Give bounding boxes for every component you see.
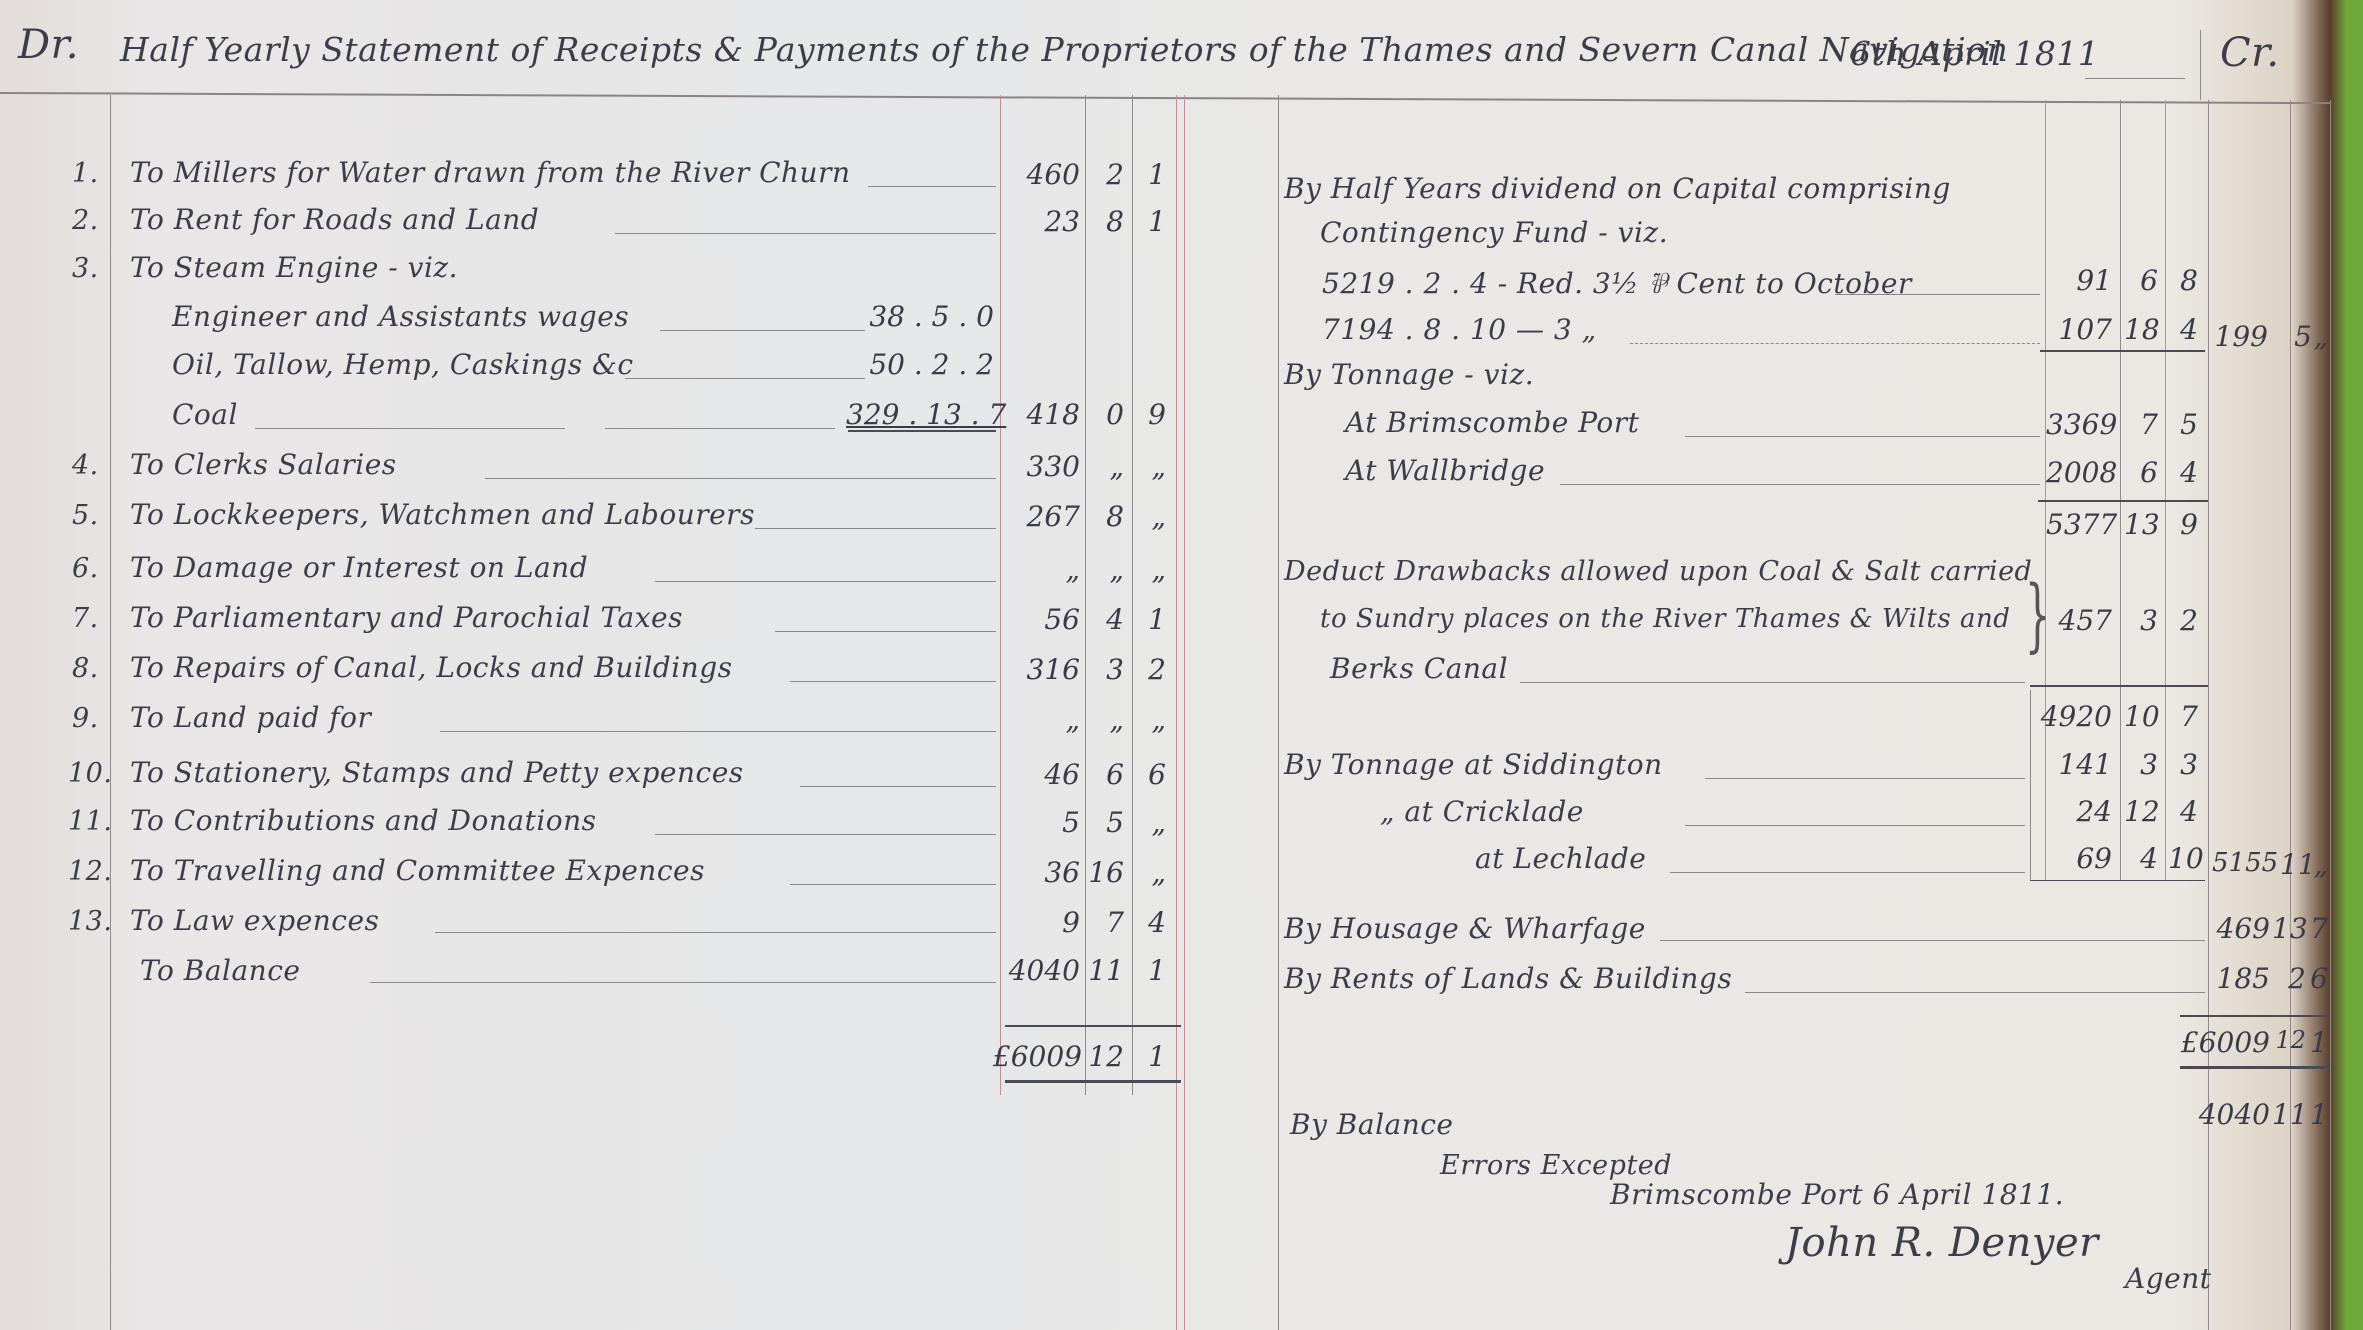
inner-pence-rule <box>2165 100 2166 880</box>
item-number: 9. <box>72 703 99 734</box>
amount-pounds: 91 <box>2050 264 2112 297</box>
amount-shillings: 3 <box>2124 748 2158 781</box>
amount-pounds: 267 <box>1008 500 1080 533</box>
leader-line <box>485 478 996 479</box>
dividend-line: 5219 . 2 . 4 - Red. 3½ ⅌ Cent to October <box>1322 264 1912 302</box>
net-tonnage-pounds: 4920 <box>2030 700 2112 733</box>
page-divider-2 <box>1184 95 1185 1330</box>
amount-shillings: 2 <box>1088 158 1124 191</box>
amount-shillings: 4 <box>2124 842 2158 875</box>
amount-shillings: 11 <box>1088 954 1124 987</box>
amount-pounds: 141 <box>2046 748 2112 781</box>
shillings-column-rule <box>1085 95 1086 1095</box>
amount-shillings: 8 <box>1088 205 1124 238</box>
amount-shillings: 5 <box>1088 806 1124 839</box>
item-number: 7. <box>72 603 99 634</box>
subitem-amount: 329 . 13 . 7 <box>846 398 994 431</box>
amount-pence: „ <box>1136 703 1166 736</box>
subtotal-rule <box>2040 350 2205 352</box>
amount-pounds: 2008 <box>2046 456 2112 489</box>
amount-pounds: 24 <box>2046 795 2112 828</box>
rents-label: By Rents of Lands & Buildings <box>1284 962 1732 995</box>
amount-pounds: 56 <box>1008 603 1080 636</box>
rents-shillings: 2 <box>2272 962 2306 995</box>
debit-item-label: To Clerks Salaries <box>130 448 397 481</box>
agent-signature: John R. Denyer <box>1785 1220 2099 1266</box>
number-column-rule <box>110 95 111 1330</box>
leader-line <box>435 932 996 933</box>
debit-item-label: To Lockkeepers, Watchmen and Labourers <box>130 498 755 531</box>
subtotal-rule <box>2030 685 2208 687</box>
header-rule <box>0 92 2330 104</box>
amount-pence: 1 <box>1136 205 1166 238</box>
item-number: 6. <box>72 553 99 584</box>
amount-pence: „ <box>1136 806 1166 839</box>
amount-shillings: 4 <box>1088 603 1124 636</box>
tonnage-total-pounds: 5155 <box>2212 848 2274 878</box>
amount-pounds: 5 <box>1008 806 1080 839</box>
tonnage-heading: By Tonnage - viz. <box>1284 358 1534 391</box>
total-rule-bottom <box>1005 1080 1181 1083</box>
leader-line <box>1560 484 2040 485</box>
credit-balance-label: By Balance <box>1290 1108 1454 1141</box>
total-rule-top <box>2180 1015 2330 1017</box>
amount-pence: 4 <box>2168 456 2198 489</box>
outer-pounds-rule <box>2208 100 2209 1330</box>
amount-pence: 1 <box>1136 954 1166 987</box>
amount-shillings: 8 <box>1088 500 1124 533</box>
amount-shillings: „ <box>1088 553 1124 586</box>
debit-item-label: To Stationery, Stamps and Petty expences <box>130 756 744 789</box>
tonnage-total-shillings: 11 <box>2280 848 2306 881</box>
dividend-subheading: Contingency Fund - viz. <box>1320 216 1668 249</box>
amount-pounds: 9 <box>1008 906 1080 939</box>
ledger-page: Dr. Half Yearly Statement of Receipts & … <box>0 0 2330 1330</box>
amount-shillings: 7 <box>1088 906 1124 939</box>
housage-pounds: 469 <box>2212 912 2270 945</box>
amount-shillings: 6 <box>2124 456 2158 489</box>
item-number: 12. <box>68 856 112 887</box>
tonnage-line: at Lechlade <box>1475 842 1646 875</box>
leader-line <box>1685 825 2025 826</box>
errors-excepted: Errors Excepted <box>1440 1150 1672 1181</box>
leader-line <box>1660 940 2205 941</box>
amount-pence: „ <box>1136 500 1166 533</box>
amount-shillings: 6 <box>1088 758 1124 791</box>
leader-line <box>1670 872 2025 873</box>
debit-mark: Dr. <box>18 22 79 68</box>
credit-mark: Cr. <box>2220 30 2280 76</box>
amount-shillings: „ <box>1088 703 1124 736</box>
cr-column-divider <box>2200 30 2201 100</box>
debit-balance-label: To Balance <box>140 954 300 987</box>
deduct-pence: 2 <box>2168 604 2198 637</box>
debit-item-label: To Parliamentary and Parochial Taxes <box>130 601 683 634</box>
leader-line <box>868 186 996 187</box>
leader-line <box>655 581 996 582</box>
amount-pounds: „ <box>1008 553 1080 586</box>
box-left-rule <box>2030 690 2031 880</box>
debit-item-label: To Travelling and Committee Expences <box>130 854 705 887</box>
tonnage-line: By Tonnage at Siddington <box>1284 748 1663 781</box>
leader-line <box>1685 436 2040 437</box>
item-number: 4. <box>72 450 99 481</box>
leader-line <box>605 428 835 429</box>
dividend-heading: By Half Years dividend on Capital compri… <box>1284 172 1951 205</box>
amount-pounds: 23 <box>1008 205 1080 238</box>
debit-item-label: To Damage or Interest on Land <box>130 551 588 584</box>
amount-pounds: 316 <box>1008 653 1080 686</box>
amount-shillings: 18 <box>2124 313 2158 346</box>
title-dash <box>2085 78 2185 79</box>
leader-line <box>625 378 865 379</box>
debit-subitem-label: Engineer and Assistants wages <box>172 300 629 333</box>
amount-pounds: 36 <box>1008 856 1080 889</box>
leader-line <box>1520 682 2025 683</box>
housage-pence: 7 <box>2310 912 2328 945</box>
amount-shillings: 12 <box>2124 795 2158 828</box>
subitem-amount: 38 . 5 . 0 <box>866 300 994 333</box>
amount-pounds: 107 <box>2050 313 2112 346</box>
amount-shillings: 3 <box>1088 653 1124 686</box>
dividend-total-pence: „ <box>2312 320 2328 353</box>
amount-pounds: 460 <box>1008 158 1080 191</box>
deduct-pounds: 457 <box>2046 604 2112 637</box>
agent-role: Agent <box>2125 1262 2212 1295</box>
item-number: 3. <box>72 253 99 284</box>
item-number: 2. <box>72 205 99 236</box>
statement-date: 6th April 1811 <box>1850 34 2099 73</box>
leader-line <box>1745 992 2205 993</box>
amount-pence: 9 <box>1136 398 1166 431</box>
dividend-total-shillings: 5 <box>2292 320 2312 353</box>
debit-item-label: To Rent for Roads and Land <box>130 203 539 236</box>
deduct-line: Berks Canal <box>1330 652 1508 685</box>
amount-pence: 4 <box>2168 795 2198 828</box>
amount-pence: 2 <box>1136 653 1166 686</box>
deduct-line: to Sundry places on the River Thames & W… <box>1320 604 2010 634</box>
dividend-line: 7194 . 8 . 10 — 3 „ <box>1322 313 1597 346</box>
leader-line <box>1835 294 2040 295</box>
debit-item-label: To Land paid for <box>130 701 371 734</box>
tonnage-subtotal-pence: 9 <box>2168 508 2198 541</box>
item-number: 10. <box>68 758 112 789</box>
subitem-amount: 50 . 2 . 2 <box>866 348 994 381</box>
leader-line <box>790 884 996 885</box>
amount-pounds: 4040 <box>1004 954 1080 987</box>
amount-pence: 4 <box>1136 906 1166 939</box>
housage-shillings: 13 <box>2272 912 2306 945</box>
amount-pounds: 3369 <box>2046 408 2112 441</box>
outer-pence-rule <box>2330 100 2331 1330</box>
amount-pence: „ <box>1136 856 1166 889</box>
deduct-shillings: 3 <box>2124 604 2158 637</box>
debit-item-label: To Repairs of Canal, Locks and Buildings <box>130 651 733 684</box>
pence-column-rule <box>1132 95 1133 1095</box>
debit-total-pence: 1 <box>1136 1040 1166 1073</box>
amount-pounds: 69 <box>2046 842 2112 875</box>
amount-pence: 4 <box>2168 313 2198 346</box>
box-bottom-rule <box>2030 880 2205 881</box>
subtotal-rule <box>848 430 996 432</box>
pounds-column-rule <box>1000 95 1001 1095</box>
amount-pence: „ <box>1136 553 1166 586</box>
rents-pounds: 185 <box>2212 962 2270 995</box>
credit-balance-shillings: 11 <box>2272 1098 2306 1131</box>
tonnage-total-pence: „ <box>2310 848 2328 881</box>
amount-pence: 1 <box>1136 603 1166 636</box>
amount-pence: „ <box>1136 450 1166 483</box>
amount-pounds: 418 <box>1008 398 1080 431</box>
debit-item-label: To Steam Engine - viz. <box>130 251 458 284</box>
amount-shillings: 7 <box>2124 408 2158 441</box>
debit-subitem-label: Coal <box>172 398 238 431</box>
net-tonnage-shillings: 10 <box>2124 700 2158 733</box>
item-number: 11. <box>68 806 112 837</box>
amount-pence: 6 <box>1136 758 1166 791</box>
tonnage-line: „ at Cricklade <box>1380 795 1584 828</box>
subtotal-rule <box>2038 500 2208 502</box>
item-number: 1. <box>72 158 99 189</box>
credit-balance-pence: 1 <box>2310 1098 2328 1131</box>
amount-pounds: 46 <box>1008 758 1080 791</box>
credit-balance-pounds: 4040 <box>2185 1098 2270 1131</box>
tonnage-line: At Brimscombe Port <box>1345 406 1639 439</box>
leader-line <box>1630 343 2040 344</box>
page-title: Half Yearly Statement of Receipts & Paym… <box>120 30 2008 69</box>
outer-shillings-rule <box>2290 100 2291 1330</box>
leader-line <box>775 631 996 632</box>
credit-margin-rule <box>1278 95 1279 1330</box>
tonnage-subtotal-shillings: 13 <box>2124 508 2158 541</box>
amount-pence: 8 <box>2168 264 2198 297</box>
amount-shillings: 6 <box>2124 264 2158 297</box>
leader-line <box>370 982 996 983</box>
rents-pence: 6 <box>2310 962 2328 995</box>
leader-line <box>800 786 996 787</box>
credit-total-pounds: £6009 <box>2150 1026 2270 1059</box>
amount-shillings: 0 <box>1088 398 1124 431</box>
item-number: 13. <box>68 906 112 937</box>
leader-line <box>755 528 996 529</box>
amount-pence: 10 <box>2168 842 2198 875</box>
housage-label: By Housage & Wharfage <box>1284 912 1646 945</box>
debit-total-pounds: £6009 <box>990 1040 1082 1073</box>
leader-line <box>655 834 996 835</box>
debit-item-label: To Law expences <box>130 904 379 937</box>
credit-total-pence: 1 <box>2310 1026 2328 1059</box>
net-tonnage-pence: 7 <box>2168 700 2198 733</box>
debit-item-label: To Contributions and Donations <box>130 804 597 837</box>
amount-shillings: „ <box>1088 450 1124 483</box>
total-rule-bottom <box>2180 1066 2330 1069</box>
leader-line <box>660 330 865 331</box>
leader-line <box>615 233 996 234</box>
page-divider-1 <box>1176 95 1177 1330</box>
inner-shillings-rule <box>2120 100 2121 880</box>
leader-line <box>1705 778 2025 779</box>
tonnage-subtotal-pounds: 5377 <box>2046 508 2112 541</box>
amount-shillings: 16 <box>1088 856 1124 889</box>
amount-pence: 5 <box>2168 408 2198 441</box>
leader-line <box>790 681 996 682</box>
item-number: 8. <box>72 653 99 684</box>
deduct-line: Deduct Drawbacks allowed upon Coal & Sal… <box>1284 556 2032 587</box>
amount-pounds: 330 <box>1008 450 1080 483</box>
credit-total-shillings: 12 <box>2272 1026 2306 1054</box>
amount-pence: 1 <box>1136 158 1166 191</box>
dividend-total-pounds: 199 <box>2212 320 2268 353</box>
leader-line <box>255 428 565 429</box>
debit-total-shillings: 12 <box>1088 1040 1124 1073</box>
leader-line <box>440 731 996 732</box>
tonnage-line: At Wallbridge <box>1345 454 1545 487</box>
item-number: 5. <box>72 500 99 531</box>
total-rule-top <box>1005 1025 1181 1027</box>
debit-subitem-label: Oil, Tallow, Hemp, Caskings &c <box>172 348 634 381</box>
amount-pence: 3 <box>2168 748 2198 781</box>
place-date: Brimscombe Port 6 April 1811. <box>1610 1178 2064 1211</box>
amount-pounds: „ <box>1008 703 1080 736</box>
debit-item-label: To Millers for Water drawn from the Rive… <box>130 156 851 189</box>
